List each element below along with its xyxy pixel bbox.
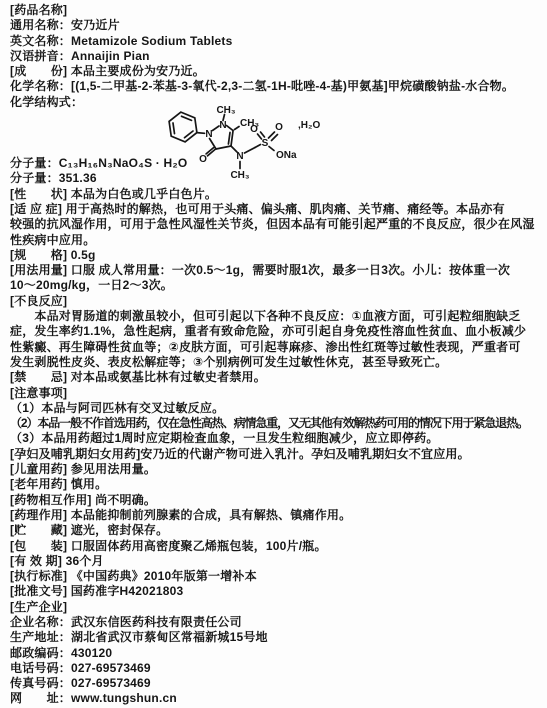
field-pregnancy-use: [孕妇及哺乳期妇女用药]安乃近的代谢产物可进入乳汁。孕妇及哺乳期妇女不宜应用。 [10, 447, 547, 462]
section-heading-adverse-reactions: [不良反应] [10, 294, 547, 309]
section-heading-drug-name: [药品名称] [10, 3, 547, 18]
field-dosage-line1: [用法用量] 口服 成人常用量：一次0.5～1g，需要时服1次，最多一日3次。小… [10, 263, 547, 278]
field-drug-interactions: [药物相互作用] 尚不明确。 [10, 493, 547, 508]
field-precaution-1: （1）本品与阿司匹林有交叉过敏反应。 [10, 401, 547, 416]
field-packaging: [包 装] 口服固体药用高密度聚乙烯瓶包装，100片/瓶。 [10, 539, 547, 554]
atom-label-hydrate: ,H₂O [298, 120, 320, 131]
field-adverse-reactions-line4: 发生剥脱性皮炎、表皮松解症等；③个别病例可发生过敏性休克，甚至导致死亡。 [10, 355, 547, 370]
atom-label-ring-n1: N [205, 129, 212, 140]
field-contraindications: [禁 忌] 对本品或氨基比林有过敏史者禁用。 [10, 370, 547, 385]
field-production-address: 生产地址：湖北省武汉市蔡甸区常福新城15号地 [10, 630, 547, 645]
field-pharmacology: [药理作用] 本品能抑制前列腺素的合成，具有解热、镇痛作用。 [10, 508, 547, 523]
field-postal-code: 邮政编码：430120 [10, 646, 547, 661]
field-generic-name: 通用名称：安乃近片 [10, 18, 547, 33]
atom-label-sulfur: S [262, 138, 269, 149]
field-website: 网 址：www.tungshun.cn [10, 691, 547, 706]
atom-label-o-right: O [275, 122, 283, 133]
field-adverse-reactions-line3: 性紫癜、再生障碍性贫血等；②皮肤方面，可引起荨麻疹、渗出性红斑等过敏性表现，严重… [10, 340, 547, 355]
field-precaution-3: （3）本品用药超过1周时应定期检查血象，一旦发生粒细胞减少，应立即停药。 [10, 431, 547, 446]
atom-label-amine-n3: N [236, 151, 243, 162]
field-dosage-line2: 10～20mg/kg，一日2～3次。 [10, 278, 547, 293]
atom-label-o-left: O [250, 124, 258, 135]
atom-label-ring-n2: N [219, 120, 226, 131]
section-heading-precautions: [注意事项] [10, 386, 547, 401]
field-adverse-reactions-line2: 症，发生率约1.1%，急性起病，重者有致命危险，亦可引起自身免疫性溶血性贫血、血… [10, 324, 547, 339]
field-approval-number: [批准文号] 国药准字H42021803 [10, 584, 547, 599]
atom-label-ona: ONa [276, 150, 297, 161]
field-indications-line2: 较强的抗风湿作用，可用于急性风湿性关节炎，但因本品有可能引起严重的不良反应，很少… [10, 217, 547, 232]
atom-label-ch3-bottom: CH₃ [230, 170, 249, 181]
field-description: [性 状] 本品为白色或几乎白色片。 [10, 187, 547, 202]
pyrazolone-ring [197, 126, 233, 150]
field-precaution-2: （2）本品一般不作首选用药，仅在急性高热、病情急重，又无其他有效解热药可用的情况… [10, 416, 547, 431]
field-pinyin: 汉语拼音：Annaijin Pian [10, 49, 547, 64]
field-geriatric-use: [老年用药] 慎用。 [10, 477, 547, 492]
field-fax-number: 传真号码：027-69573469 [10, 676, 547, 691]
field-standard: [执行标准] 《中国药典》2010年版第一增补本 [10, 569, 547, 584]
field-adverse-reactions-line1: 本品对胃肠道的刺激虽较小，但可引起以下各种不良反应：①血液方面，可引起粒细胞缺乏 [10, 309, 547, 324]
field-composition: [成 份] 本品主要成份为安乃近。 [10, 64, 547, 79]
field-company-name: 企业名称：武汉东信医药科技有限责任公司 [10, 615, 547, 630]
benzene-ring [169, 112, 197, 142]
field-shelf-life: [有 效 期] 36个月 [10, 554, 547, 569]
chemical-structure-diagram: N N CH₃ CH₃ O N CH₃ S O O ONa ,H₂O [160, 100, 380, 188]
atom-label-ch3-top: CH₃ [216, 105, 235, 116]
atom-label-o-ketone: O [199, 154, 207, 165]
field-storage: [贮 藏] 遮光，密封保存。 [10, 523, 547, 538]
drug-label-document: [药品名称] 通用名称：安乃近片 英文名称：Metamizole Sodium … [0, 0, 547, 708]
field-chemical-name: 化学名称：[(1,5-二甲基-2-苯基-3-氧代-2,3-二氢-1H-吡唑-4-… [10, 79, 547, 94]
field-indications-line1: [适 应 症] 用于高热时的解热，也可用于头痛、偏头痛、肌肉痛、关节痛、痛经等。… [10, 202, 547, 217]
field-pediatric-use: [儿童用药] 参见用法用量。 [10, 462, 547, 477]
field-indications-line3: 性疾病中应用。 [10, 233, 547, 248]
field-phone-number: 电话号码：027-69573469 [10, 661, 547, 676]
field-english-name: 英文名称：Metamizole Sodium Tablets [10, 34, 547, 49]
section-heading-manufacturer: [生产企业] [10, 600, 547, 615]
field-specification: [规 格] 0.5g [10, 248, 547, 263]
